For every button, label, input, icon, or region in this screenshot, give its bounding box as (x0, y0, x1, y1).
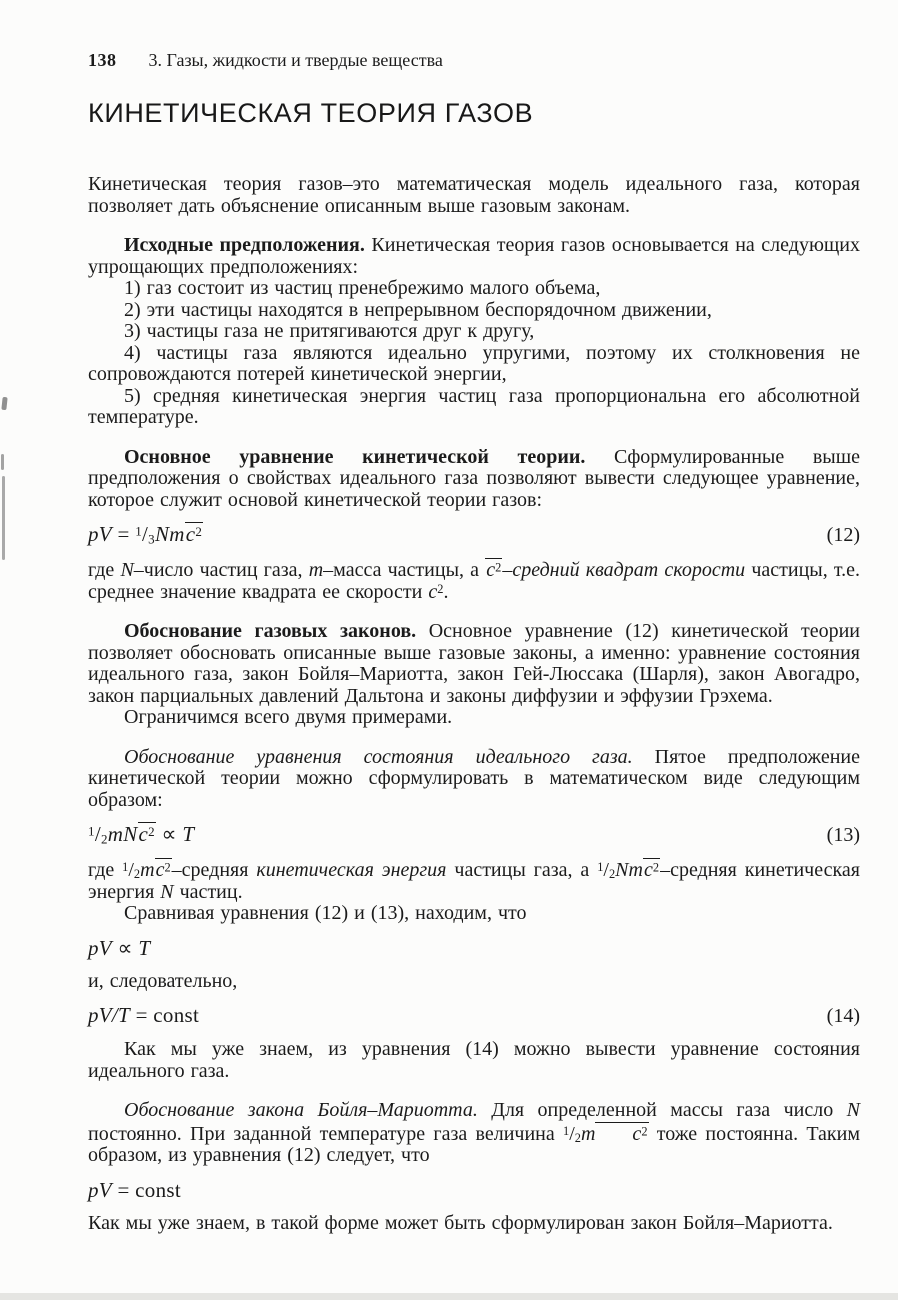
text-run: N (847, 1099, 860, 1121)
text-run: m (309, 559, 323, 581)
text-run: 2 (164, 860, 170, 874)
text-run: где (88, 559, 120, 581)
text-run: c (186, 522, 196, 546)
text-run: Как мы уже знаем, в такой форме может бы… (88, 1212, 833, 1234)
equation-number: (12) (827, 522, 860, 548)
text-run: T (138, 936, 150, 960)
equation: pV = const (88, 1177, 860, 1203)
text-run: 2 (495, 560, 501, 574)
text-run: Ограничимся всего двумя примерами. (124, 706, 452, 728)
paragraph: Ограничимся всего двумя примерами. (88, 707, 860, 729)
page-title: КИНЕТИЧЕСКАЯ ТЕОРИЯ ГАЗОВ (88, 98, 860, 129)
text-run: Обоснование газовых законов. (124, 620, 429, 642)
text-run: 1 (135, 524, 142, 539)
text-run: 2 (195, 524, 202, 539)
formula: pV = 1/3Nmc2 (88, 521, 203, 547)
text-run: Как мы уже знаем, из уравнения (14) можн… (88, 1038, 860, 1082)
text-run: Для определенной массы газа число (491, 1099, 846, 1121)
text-run: Обоснование закона Бойля–Мариотта. (124, 1099, 491, 1121)
paragraph: Основное уравнение кинетической теории. … (88, 447, 860, 512)
text-run: mN (108, 822, 138, 846)
text-run: 2 (641, 1124, 647, 1138)
text-run: ∝ (156, 822, 182, 846)
equation: 1/2mNc2 ∝ T(13) (88, 821, 860, 848)
text-run: средний квадрат скорости (512, 559, 745, 581)
text-run: 1) газ состоит из частиц пренебрежимо ма… (124, 277, 600, 299)
text-run: N (120, 559, 133, 581)
text-run: 5) средняя кинетическая энергия частиц г… (88, 385, 860, 429)
text-run: –масса частицы, а (323, 559, 485, 581)
document-body: Кинетическая теория газов–это математиче… (88, 174, 860, 1234)
text-run: = const (112, 1178, 181, 1202)
text-run: Nm (615, 859, 643, 881)
text-run: c (632, 1123, 641, 1145)
formula: pV ∝ T (88, 935, 150, 961)
mean-square-term: c2 (595, 1122, 648, 1144)
mean-square-term: c2 (185, 522, 203, 545)
text-run: где (88, 859, 122, 881)
text-run: 3) частицы газа не притягиваются друг к … (124, 320, 534, 342)
text-run: = const (130, 1003, 199, 1027)
mean-square-term: c2 (485, 558, 502, 580)
paragraph: и, следовательно, (88, 971, 860, 993)
paragraph: Обоснование газовых законов. Основное ур… (88, 621, 860, 707)
paragraph: Сравнивая уравнения (12) и (13), находим… (88, 903, 860, 925)
text-run: pV/T (88, 1003, 130, 1027)
text-run: Сравнивая уравнения (12) и (13), находим… (124, 902, 526, 924)
text-run: Основное уравнение кинетической теории. (124, 446, 614, 468)
paragraph: где N–число частиц газа, m–масса частицы… (88, 558, 860, 603)
equation: pV = 1/3Nmc2(12) (88, 521, 860, 548)
paragraph: Обоснование закона Бойля–Мариотта. Для о… (88, 1100, 860, 1167)
paragraph: 3) частицы газа не притягиваются друг к … (88, 321, 860, 343)
mean-square-term: c2 (138, 822, 156, 845)
text-run: постоянно. При заданной температуре газа… (88, 1123, 563, 1145)
text-run: c (644, 859, 653, 881)
paragraph: Обоснование уравнения состояния идеально… (88, 747, 860, 812)
page-header: 138 3. Газы, жидкости и твердые вещества (88, 50, 860, 70)
text-run: m (581, 1123, 595, 1145)
paragraph: Кинетическая теория газов–это математиче… (88, 174, 860, 217)
text-run: частицы газа, а (446, 859, 597, 881)
text-run: частиц. (174, 881, 243, 903)
paragraph: 2) эти частицы находятся в непрерывном б… (88, 300, 860, 322)
paragraph: 5) средняя кинетическая энергия частиц г… (88, 386, 860, 429)
text-run: – (502, 559, 512, 581)
equation: pV/T = const(14) (88, 1002, 860, 1029)
text-run: 2 (148, 824, 155, 839)
paragraph: где 1/2mc2–средняя кинетическая энергия … (88, 858, 860, 903)
mean-square-term: c2 (155, 858, 172, 880)
text-run: m (140, 859, 154, 881)
text-run: Обоснование уравнения состояния идеально… (124, 746, 655, 768)
text-run: 4) частицы газа являются идеально упруги… (88, 342, 860, 386)
text-run: и, следовательно, (88, 970, 237, 992)
page-content: 138 3. Газы, жидкости и твердые вещества… (0, 0, 898, 1234)
text-run: кинетическая энергия (256, 859, 446, 881)
text-run: ∝ (112, 936, 138, 960)
text-run: pV (88, 1178, 112, 1202)
page-number: 138 (88, 50, 117, 70)
text-run: N (160, 881, 173, 903)
formula: pV = const (88, 1177, 181, 1203)
scan-artifact (2, 476, 5, 560)
text-run: –средняя (172, 859, 257, 881)
text-run: Исходные предположения. (124, 234, 371, 256)
text-run: 2 (653, 860, 659, 874)
text-run: c (486, 559, 495, 581)
mean-square-term: c2 (643, 858, 660, 880)
text-run: T (182, 822, 194, 846)
text-run: pV (88, 936, 112, 960)
equation-number: (14) (827, 1003, 860, 1029)
text-run: 3 (148, 531, 155, 546)
text-run: pV (88, 522, 112, 546)
text-run: c (428, 581, 437, 603)
paragraph: 4) частицы газа являются идеально упруги… (88, 343, 860, 386)
equation: pV ∝ T (88, 935, 860, 961)
text-run: Кинетическая теория газов–это математиче… (88, 173, 860, 217)
text-run: c (139, 822, 149, 846)
chapter-heading: 3. Газы, жидкости и твердые вещества (149, 50, 443, 70)
formula: 1/2mNc2 ∝ T (88, 821, 194, 847)
scan-artifact (1, 454, 4, 470)
equation-number: (13) (827, 822, 860, 848)
formula: pV/T = const (88, 1002, 199, 1028)
text-run: 2 (101, 831, 108, 846)
text-run: . (443, 581, 448, 603)
paragraph: Исходные предположения. Кинетическая тео… (88, 235, 860, 278)
page-bottom-edge (0, 1293, 898, 1300)
text-run: 2) эти частицы находятся в непрерывном б… (124, 299, 712, 321)
scanned-book-page: 138 3. Газы, жидкости и твердые вещества… (0, 0, 898, 1300)
text-run: = (112, 522, 135, 546)
paragraph: 1) газ состоит из частиц пренебрежимо ма… (88, 278, 860, 300)
text-run: Nm (155, 522, 185, 546)
text-run: –число частиц газа, (134, 559, 309, 581)
paragraph: Как мы уже знаем, из уравнения (14) можн… (88, 1039, 860, 1082)
paragraph: Как мы уже знаем, в такой форме может бы… (88, 1213, 860, 1235)
text-run: 1 (88, 824, 95, 839)
